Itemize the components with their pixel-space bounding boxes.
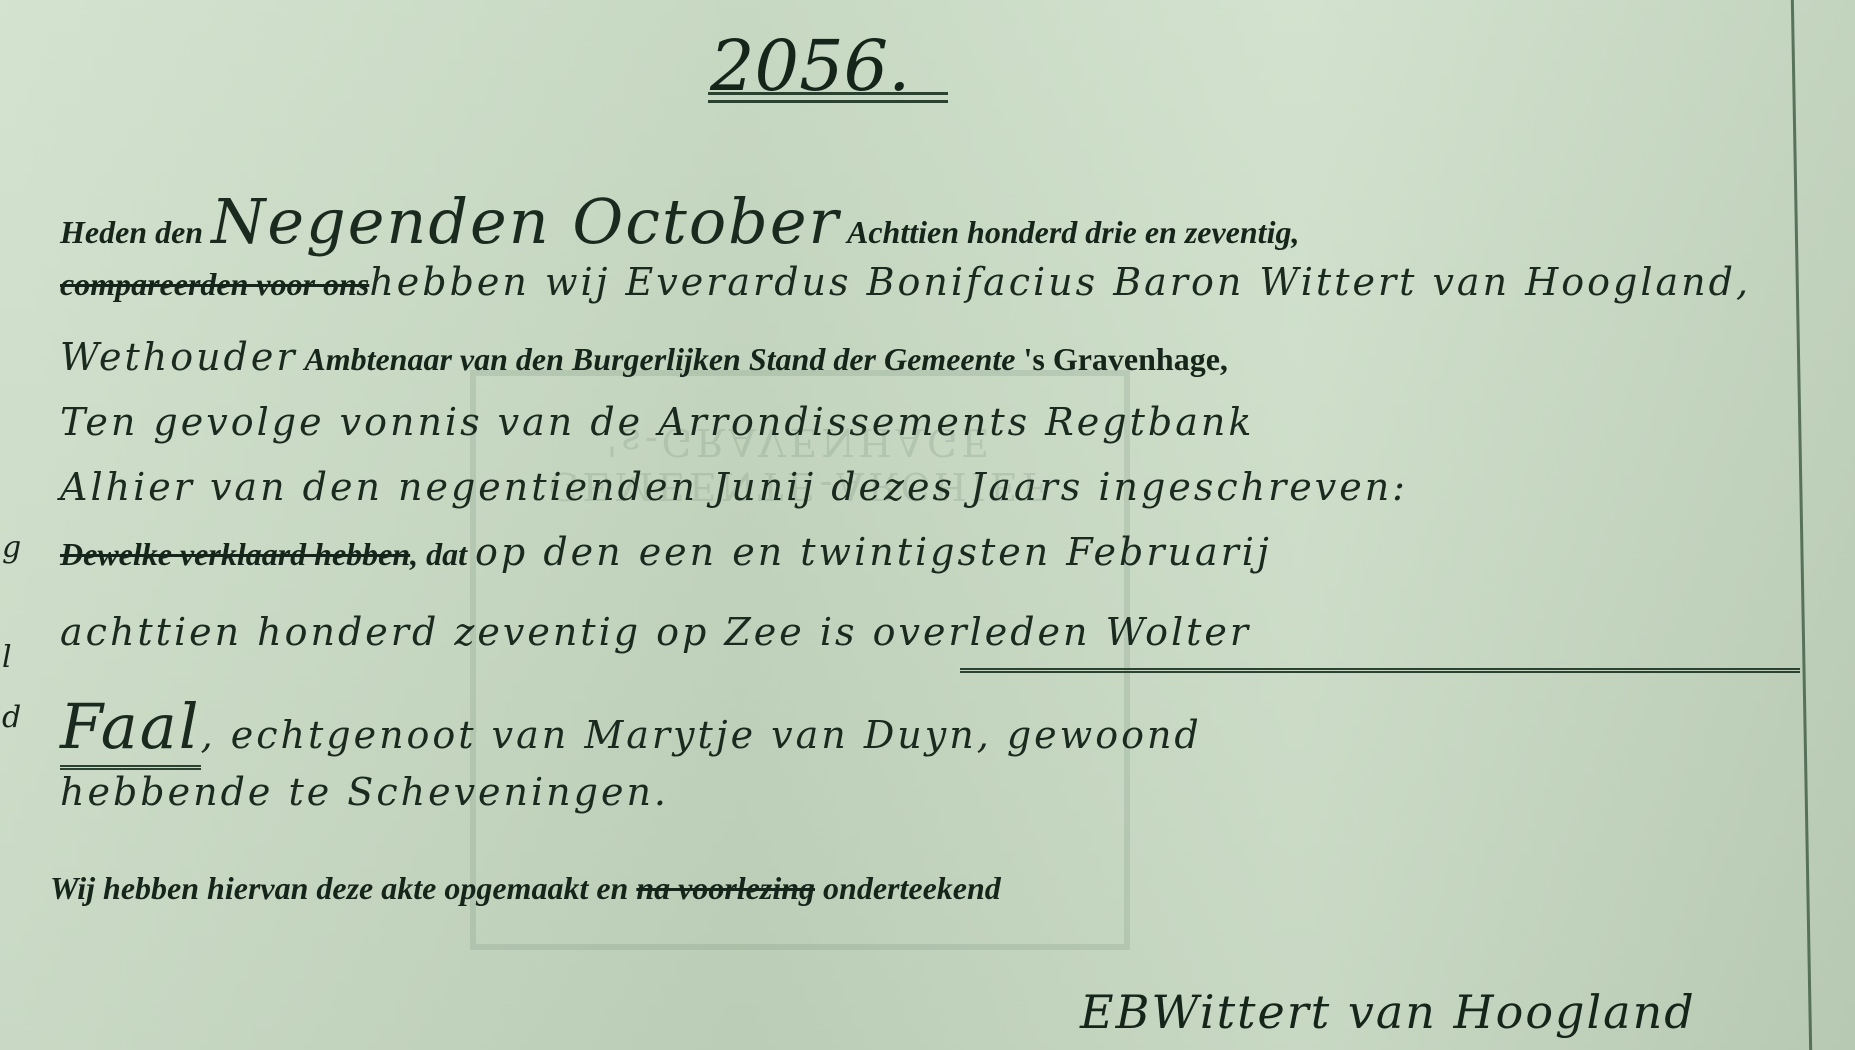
double-underline-rule [960,668,1800,673]
line-2: compareerden voor onshebben wij Everardu… [60,260,1751,304]
line-4: Ten gevolge vonnis van de Arrondissement… [60,400,1254,444]
folio-rule-top [708,92,948,95]
margin-mark-3: d [2,700,21,735]
line-7: achttien honderd zeventig op Zee is over… [60,610,1251,654]
page-edge-line [1791,0,1812,1050]
line-10: Wij hebben hiervan deze akte opgemaakt e… [50,870,1001,907]
folio-rule-bottom [708,100,948,103]
line-5: Alhier van den negentienden Junij dezes … [60,465,1408,509]
line-6: Dewelke verklaard hebben, dat op den een… [60,530,1272,574]
line-9: hebbende te Scheveningen. [60,770,669,814]
margin-mark-1: g [2,530,21,565]
line-1: Heden den Negenden October Achttien hond… [60,185,1299,258]
margin-mark-2: l [2,640,12,675]
line-8: Faal, echtgenoot van Marytje van Duyn, g… [60,690,1202,763]
registrar-signature: EBWittert van Hoogland [1080,985,1696,1039]
line-3: Wethouder Ambtenaar van den Burgerlijken… [60,335,1228,379]
